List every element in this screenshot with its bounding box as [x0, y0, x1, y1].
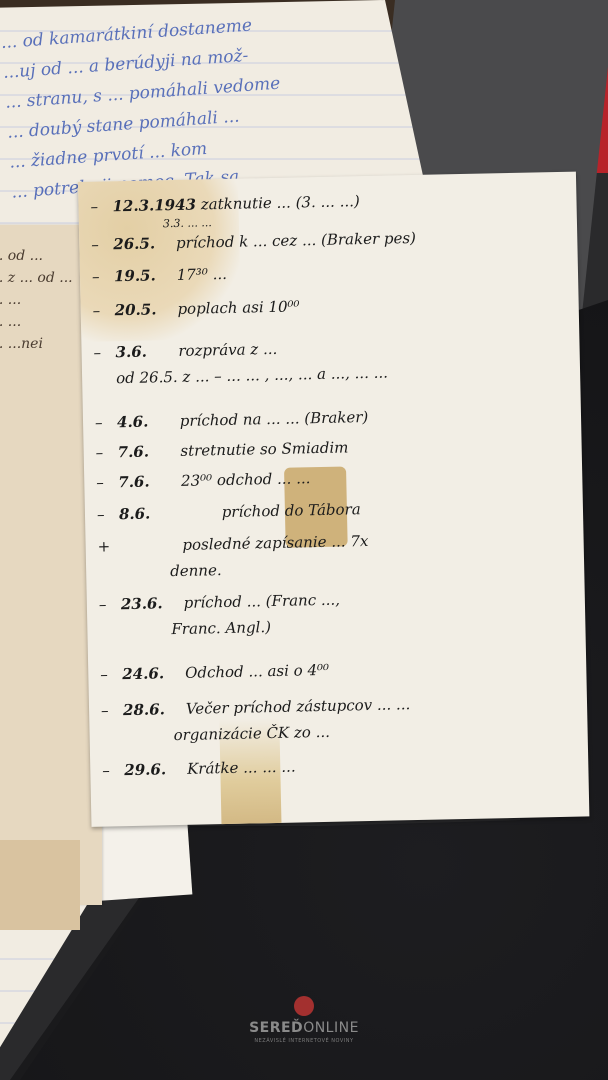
entry-marker: –	[93, 339, 116, 365]
entry-date: 8.6.	[119, 500, 178, 527]
entry-marker: –	[92, 297, 115, 323]
entry: –3.6. rozpráva z ...od 26.5. z ... – ...…	[93, 330, 574, 392]
entry: –20.5. poplach asi 10⁰⁰	[92, 288, 572, 324]
entry-text: posledné zapísanie ... 7x	[182, 532, 368, 554]
entry-date: 24.6.	[122, 660, 181, 687]
entry-date	[120, 550, 178, 551]
entry-date: 7.6.	[118, 468, 177, 495]
entry-date: 4.6.	[117, 408, 176, 435]
entry-marker: –	[96, 469, 119, 495]
logo-name: SEREĎONLINE	[244, 1020, 364, 1036]
watermark-logo: SEREĎONLINE NEZÁVISLÉ INTERNETOVÉ NOVINY	[244, 996, 364, 1044]
entry-text: rozpráva z ...	[178, 340, 277, 360]
entry-text: príchod k ... cez ... (Braker pes)	[176, 229, 416, 252]
entry: –7.6. 23⁰⁰ odchod ... ...	[96, 460, 576, 496]
entry-text: Odchod ... asi o 4⁰⁰	[185, 661, 329, 682]
entry-marker: +	[97, 533, 120, 559]
entry: –8.6. príchod do Tábora	[97, 492, 577, 528]
entry-date: 7.6.	[117, 438, 176, 465]
old-card-line: ... ...	[0, 289, 73, 311]
entry-date: 3.6.	[115, 338, 174, 365]
entry: –24.6. Odchod ... asi o 4⁰⁰	[100, 652, 580, 688]
entry: –29.6. Krátke ... ... ...	[102, 748, 582, 784]
entry-date: 12.3.1943	[112, 192, 196, 220]
old-card-line: ... od ...	[0, 245, 73, 267]
entry-text: príchod do Tábora	[182, 500, 361, 522]
entry-date: 23.6.	[121, 590, 180, 617]
entry-marker: –	[95, 439, 118, 465]
entry-marker: –	[95, 409, 118, 435]
logo-name-light: ONLINE	[303, 1020, 359, 1036]
old-card-torn-piece	[0, 840, 80, 930]
old-card-line: ... z ... od ...	[0, 267, 73, 289]
entry-marker: –	[92, 263, 115, 289]
entries-list: –12.3.1943 zatknutie ... (3. ... ...)3.3…	[90, 184, 582, 784]
entry-text: Krátke ... ... ...	[187, 758, 296, 778]
logo-icon	[294, 996, 314, 1016]
entry-date: 28.6.	[123, 696, 182, 723]
entry-date: 20.5.	[114, 296, 173, 323]
entry: –19.5. 17³⁰ ...	[92, 254, 572, 290]
entry-text: príchod ... (Franc ...,	[183, 591, 340, 612]
logo-name-bold: SEREĎ	[249, 1020, 303, 1036]
entry-text: 23⁰⁰ odchod ... ...	[181, 469, 311, 490]
entry-date: 26.5.	[113, 230, 172, 257]
entry-text: Večer príchod zástupcov ... ...	[186, 695, 411, 718]
entry-marker: –	[100, 661, 123, 687]
old-card-line: ... ...nei	[0, 333, 73, 355]
entry-text: stretnutie so Smiadim	[180, 438, 348, 460]
entry-marker: –	[102, 757, 125, 783]
old-card-text: ... od ... ... z ... od ... ... ... ... …	[0, 245, 73, 355]
entry-marker: –	[99, 591, 122, 617]
entry-marker: –	[91, 231, 114, 257]
entry-text: príchod na ... ... (Braker)	[180, 408, 369, 430]
entry-date: 29.6.	[124, 756, 183, 783]
entry-marker: –	[90, 193, 113, 219]
old-card-line: ... ...	[0, 311, 73, 333]
entry-text: poplach asi 10⁰⁰	[177, 297, 299, 318]
entry-continuation: denne.	[98, 550, 578, 586]
entry: –23.6. príchod ... (Franc ..., Franc. An…	[99, 582, 580, 644]
entry: –28.6. Večer príchod zástupcov ... ...or…	[101, 688, 582, 750]
entry-marker: –	[101, 697, 124, 723]
entry: + posledné zapísanie ... 7xdenne.	[97, 524, 578, 586]
entry-marker: –	[97, 501, 120, 527]
entry-date: 19.5.	[114, 262, 173, 289]
entry-text: 17³⁰ ...	[177, 265, 228, 284]
logo-tagline: NEZÁVISLÉ INTERNETOVÉ NOVINY	[244, 1038, 364, 1044]
note-card: –12.3.1943 zatknutie ... (3. ... ...)3.3…	[78, 172, 589, 827]
entry-text: zatknutie ... (3. ... ...)	[201, 192, 360, 213]
